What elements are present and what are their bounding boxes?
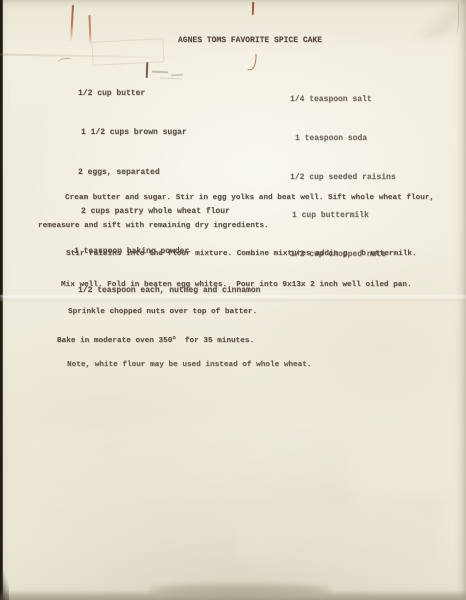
ingredient-item: 2 cups pastry whole wheat flour (81, 202, 260, 221)
ingredient-item: 1/2 cup butter (78, 84, 260, 103)
bake-text: Bake in moderate oven 350 (57, 337, 172, 345)
scanned-recipe-page: AGNES TOMS FAVORITE SPICE CAKE 1/2 cup b… (0, 0, 466, 600)
bottom-scan-edge (0, 590, 466, 600)
instruction-line: Stir raisins into the flour mixture. Com… (66, 249, 417, 259)
ingredient-item: 2 eggs, separated (78, 163, 260, 182)
corner-fold-shadow (408, 0, 466, 38)
bottom-left-corner-shadow (0, 566, 9, 600)
instruction-line: Cream butter and sugar. Stir in egg yolk… (65, 193, 434, 203)
recipe-title: AGNES TOMS FAVORITE SPICE CAKE (178, 36, 322, 46)
instruction-line: Sprinkle chopped nuts over top of batter… (68, 307, 257, 317)
bake-text: for 35 minutes. (176, 337, 254, 345)
instruction-line-note: Note, white flour may be used instead of… (67, 360, 312, 370)
horizontal-fold-crease (0, 295, 466, 301)
ingredient-item: 1/4 teaspoon salt (290, 91, 396, 110)
ingredient-item: 1 teaspoon soda (295, 130, 396, 149)
ingredient-item: 1 1/2 cups brown sugar (81, 123, 260, 142)
ingredient-item: 1/2 cup seeded raisins (290, 169, 396, 188)
instruction-line: Mix well. Fold in beaten egg whites. Pou… (61, 280, 412, 290)
tape-ghost-mark (91, 38, 164, 66)
instruction-line: remeasure and sift with remaining dry in… (38, 221, 269, 231)
instruction-line-bake: Bake in moderate oven 350o for 35 minute… (57, 333, 254, 346)
ingredient-item: 1 cup buttermilk (292, 207, 396, 226)
